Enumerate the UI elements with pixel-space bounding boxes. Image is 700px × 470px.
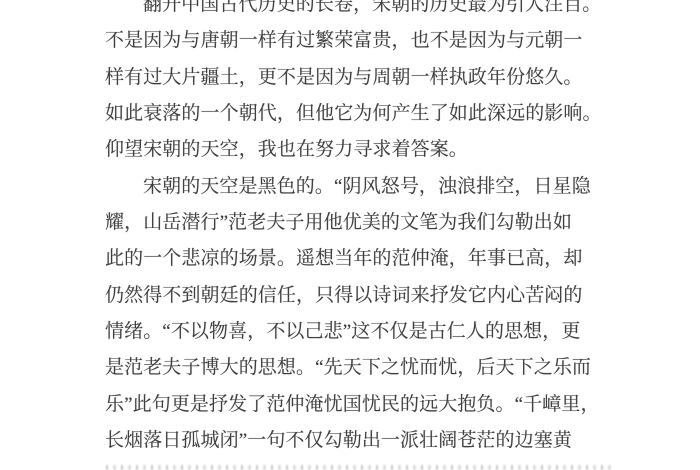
text-line: 仍然得不到朝廷的信任，只得以诗词来抒发它内心苦闷的 <box>105 278 645 314</box>
text-block: 翻开中国古代历史的长卷，宋朝的历史最为引人注目。不是因为与唐朝一样有过繁荣富贵，… <box>105 0 645 459</box>
text-line: 翻开中国古代历史的长卷，宋朝的历史最为引人注目。 <box>105 0 645 23</box>
text-line: 乐”此句更是抒发了范仲淹忧国忧民的远大抱负。“千嶂里， <box>105 387 645 423</box>
text-line: 不是因为与唐朝一样有过繁荣富贵，也不是因为与元朝一 <box>105 23 645 59</box>
text-line: 是范老夫子博大的思想。“先天下之忧而忧，后天下之乐而 <box>105 350 645 386</box>
text-line: 宋朝的天空是黑色的。“阴风怒号，浊浪排空，日星隐 <box>105 169 645 205</box>
text-line: 仰望宋朝的天空，我也在努力寻求着答案。 <box>105 132 645 168</box>
text-line: 耀，山岳潜行”范老夫子用他优美的文笔为我们勾勒出如 <box>105 205 645 241</box>
text-line: 此的一个悲凉的场景。遥想当年的范仲淹，年事已高，却 <box>105 241 645 277</box>
document-page: 翻开中国古代历史的长卷，宋朝的历史最为引人注目。不是因为与唐朝一样有过繁荣富贵，… <box>0 0 700 470</box>
text-line: 情绪。“不以物喜，不以己悲”这不仅是古仁人的思想，更 <box>105 314 645 350</box>
text-line: 样有过大片疆土，更不是因为与周朝一样执政年份悠久。 <box>105 60 645 96</box>
text-line: 如此衰落的一个朝代，但他它为何产生了如此深远的影响。 <box>105 96 645 132</box>
text-line: 长烟落日孤城闭”一句不仅勾勒出一派壮阔苍茫的边塞黄 <box>105 423 645 459</box>
clipped-bottom-text-line <box>106 465 612 470</box>
